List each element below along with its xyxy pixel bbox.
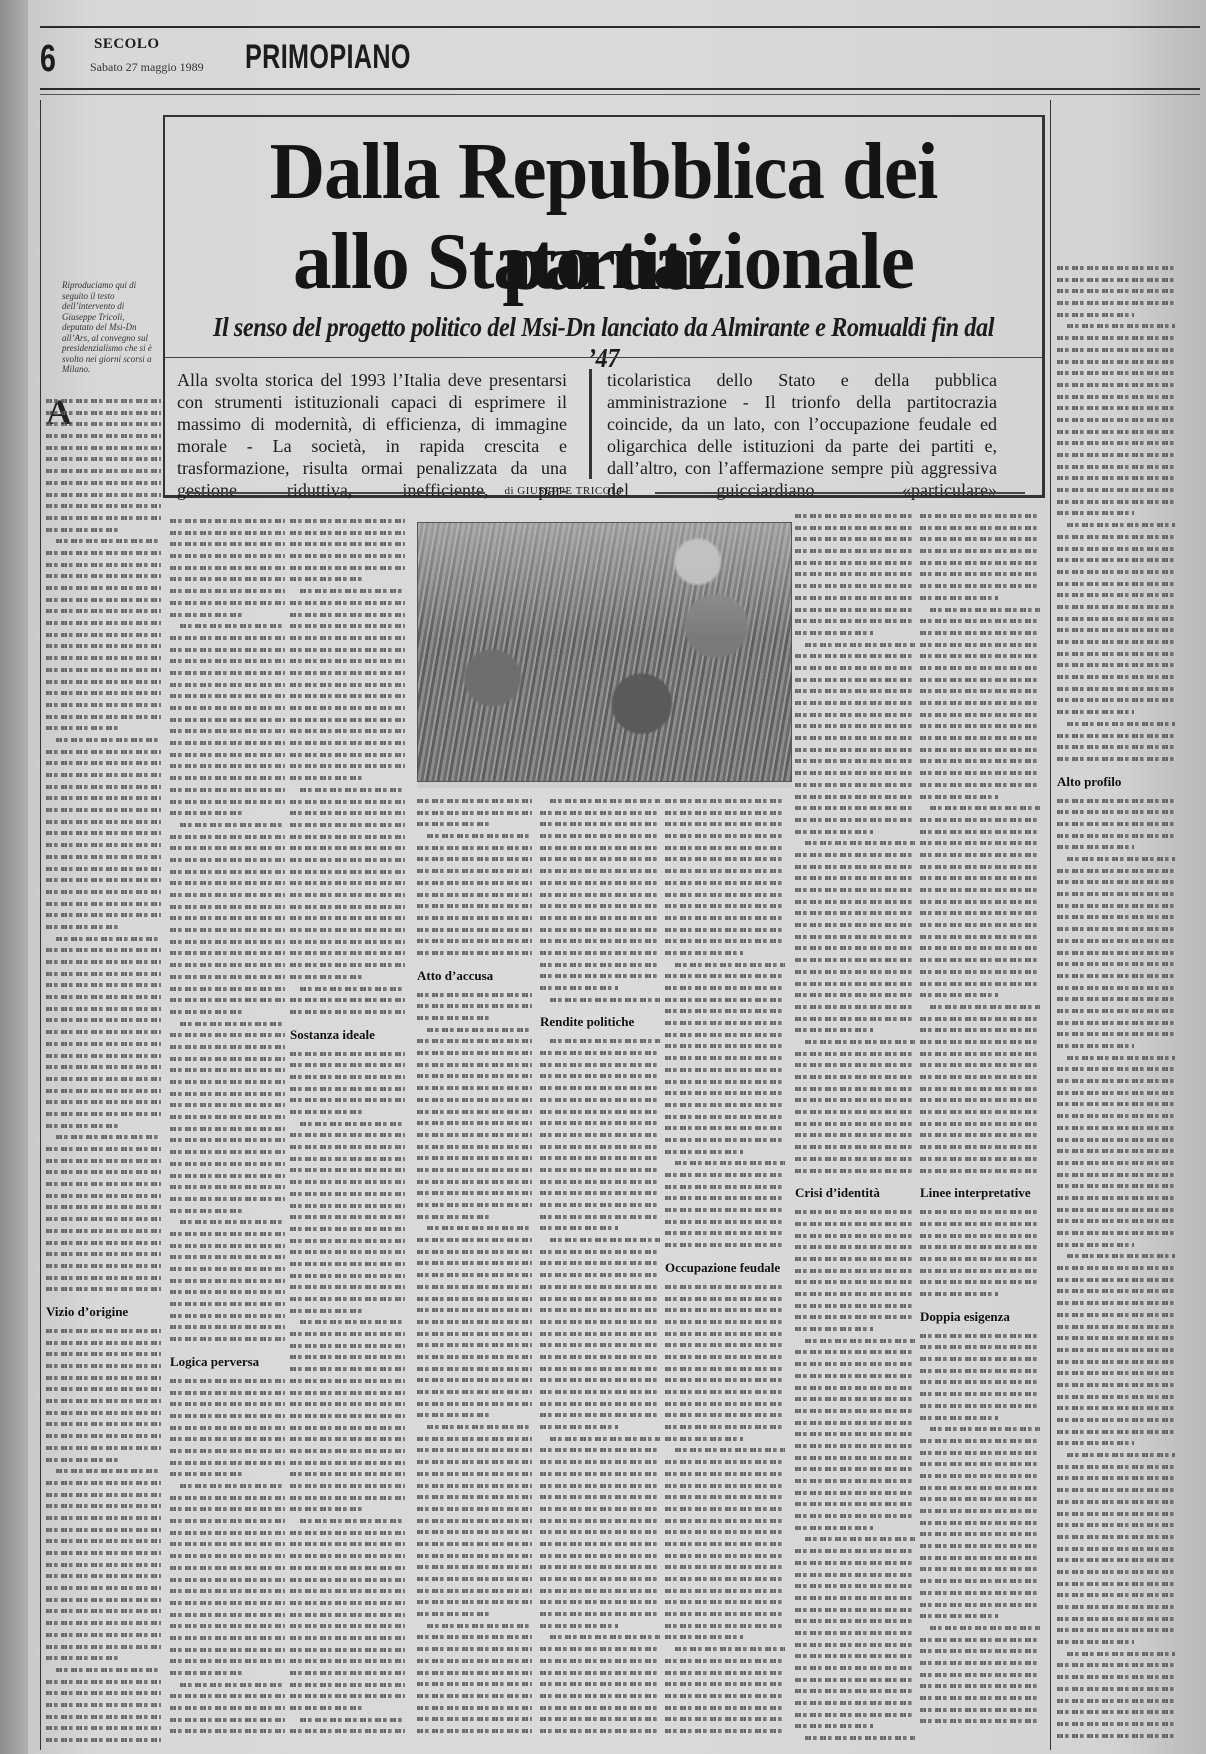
text-line: [46, 1547, 161, 1559]
text-line: [920, 1241, 1040, 1253]
text-line: [1057, 543, 1175, 555]
text-line: [795, 1106, 915, 1118]
text-line: [1057, 1496, 1175, 1508]
subhead: Vizio d’origine: [46, 1305, 161, 1319]
text-line: [290, 1574, 405, 1586]
text-column: Alto profilo: [1057, 262, 1175, 1750]
text-line: [46, 1014, 161, 1026]
text-line: [417, 1070, 532, 1082]
text-line: [46, 1131, 161, 1143]
text-line: [290, 1644, 405, 1656]
text-line: [920, 1376, 1040, 1388]
text-line: [170, 994, 285, 1006]
text-line: [46, 1143, 161, 1155]
text-line: [290, 866, 405, 878]
intro-caption: Riproduciamo qui di seguito il testo del…: [62, 280, 152, 375]
text-line: [920, 697, 1040, 709]
text-line: [1057, 935, 1175, 947]
text-line: [417, 1515, 532, 1527]
text-line: [665, 1596, 785, 1608]
text-line: [795, 697, 915, 709]
text-line: [290, 737, 405, 749]
text-line: [665, 982, 785, 994]
text-line: [46, 1026, 161, 1038]
text-line: [170, 1457, 285, 1469]
text-line: [46, 465, 161, 477]
text-line: [46, 968, 161, 980]
text-line: [665, 1608, 785, 1620]
text-line: [290, 1153, 405, 1165]
text-line: [1057, 554, 1175, 566]
text-line: [417, 1725, 532, 1737]
text-line: [540, 1374, 660, 1386]
text-line: [417, 1211, 532, 1223]
text-line: [417, 924, 532, 936]
text-line: [795, 1335, 915, 1347]
text-line: [290, 1211, 405, 1223]
text-line: [795, 1732, 915, 1744]
text-line: [46, 664, 161, 676]
text-line: [417, 1293, 532, 1305]
text-column: Sostanza ideale: [290, 515, 405, 1750]
text-line: [920, 1001, 1040, 1013]
text-line: [1057, 648, 1175, 660]
text-line: [417, 1234, 532, 1246]
text-line: [170, 1620, 285, 1632]
text-line: [290, 1270, 405, 1282]
text-line: [665, 1181, 785, 1193]
text-line: [170, 784, 285, 796]
text-line: [170, 831, 285, 843]
text-line: [170, 515, 285, 527]
text-line: [290, 1059, 405, 1071]
text-line: [665, 900, 785, 912]
text-line: [290, 1702, 405, 1714]
text-line: [795, 1265, 915, 1277]
text-line: [540, 912, 660, 924]
text-line: [665, 959, 785, 971]
text-line: [170, 959, 285, 971]
text-line: [417, 1538, 532, 1550]
text-line: [170, 1029, 285, 1041]
text-line: [795, 627, 915, 639]
text-line: [795, 1001, 915, 1013]
text-line: [665, 1398, 785, 1410]
text-line: [417, 1339, 532, 1351]
text-line: [46, 874, 161, 886]
text-line: [170, 1398, 285, 1410]
text-line: [170, 947, 285, 959]
text-line: [795, 592, 915, 604]
text-line: [920, 557, 1040, 569]
text-line: [1057, 900, 1175, 912]
text-line: [170, 1585, 285, 1597]
text-line: [290, 585, 405, 597]
text-line: [920, 1645, 1040, 1657]
text-line: [920, 545, 1040, 557]
text-line: [417, 1456, 532, 1468]
text-line: [290, 1141, 405, 1153]
text-line: [540, 1293, 660, 1305]
text-line: [290, 1679, 405, 1691]
text-line: [795, 1118, 915, 1130]
text-line: [795, 1153, 915, 1165]
text-line: [920, 1230, 1040, 1242]
text-line: [540, 947, 660, 959]
text-line: [795, 861, 915, 873]
text-line: [290, 1118, 405, 1130]
text-line: [920, 767, 1040, 779]
text-line: [46, 1248, 161, 1260]
text-line: [170, 1134, 285, 1146]
text-line: [665, 1216, 785, 1228]
text-line: [290, 901, 405, 913]
text-line: [46, 781, 161, 793]
text-line: [540, 1608, 660, 1620]
text-line: [1057, 507, 1175, 519]
text-line: [1057, 414, 1175, 426]
text-line: [290, 1188, 405, 1200]
text-line: [170, 1574, 285, 1586]
text-line: [795, 1059, 915, 1071]
text-line: [920, 1704, 1040, 1716]
text-line: [1057, 1414, 1175, 1426]
text-line: [1057, 1671, 1175, 1683]
text-line: [290, 1164, 405, 1176]
text-line: [290, 1422, 405, 1434]
text-line: [417, 1631, 532, 1643]
text-line: [665, 1146, 785, 1158]
text-line: [1057, 1554, 1175, 1566]
text-line: [46, 617, 161, 629]
text-line: [795, 1141, 915, 1153]
text-line: [540, 1643, 660, 1655]
text-line: [540, 1070, 660, 1082]
text-line: [920, 1048, 1040, 1060]
text-line: [290, 679, 405, 691]
text-line: [540, 1035, 660, 1047]
text-line: [665, 877, 785, 889]
text-line: [417, 830, 532, 842]
text-line: [540, 1596, 660, 1608]
text-line: [170, 1181, 285, 1193]
text-line: [1057, 402, 1175, 414]
text-line: [417, 1620, 532, 1632]
text-line: [46, 1178, 161, 1190]
text-line: [170, 1263, 285, 1275]
text-line: [290, 1480, 405, 1492]
masthead: SECOLO: [94, 36, 160, 53]
text-line: [170, 562, 285, 574]
text-line: [795, 1382, 915, 1394]
text-line: [795, 1440, 915, 1452]
text-line: [920, 627, 1040, 639]
text-line: [920, 1118, 1040, 1130]
text-line: [540, 877, 660, 889]
text-line: [46, 1190, 161, 1202]
text-line: [920, 1669, 1040, 1681]
text-line: [920, 1657, 1040, 1669]
text-line: [290, 1690, 405, 1702]
text-line: [290, 1223, 405, 1235]
text-line: [290, 562, 405, 574]
text-line: [46, 1272, 161, 1284]
text-line: [1057, 1426, 1175, 1438]
text-line: [46, 851, 161, 863]
text-line: [290, 1515, 405, 1527]
text-line: [540, 1702, 660, 1714]
text-line: [170, 1538, 285, 1550]
text-line: [290, 1503, 405, 1515]
text-line: [46, 746, 161, 758]
text-line: [540, 795, 660, 807]
text-line: [665, 1374, 785, 1386]
text-line: [46, 699, 161, 711]
text-line: [170, 609, 285, 621]
text-line: [417, 1094, 532, 1106]
text-line: [795, 1498, 915, 1510]
text-line: [795, 1685, 915, 1697]
text-line: [920, 907, 1040, 919]
text-line: [1057, 1543, 1175, 1555]
text-column: Occupazione feudale: [665, 795, 785, 1750]
text-line: [795, 1300, 915, 1312]
text-line: [540, 1515, 660, 1527]
text-line: [417, 1480, 532, 1492]
text-line: [417, 795, 532, 807]
text-line: [1057, 1274, 1175, 1286]
text-line: [290, 1246, 405, 1258]
text-line: [540, 1491, 660, 1503]
text-line: [46, 640, 161, 652]
text-line: [290, 725, 405, 737]
text-line: [290, 889, 405, 901]
text-line: [540, 1526, 660, 1538]
text-line: [290, 1457, 405, 1469]
text-line: [1057, 888, 1175, 900]
text-line: [290, 1492, 405, 1504]
text-line: [540, 1047, 660, 1059]
text-line: [290, 772, 405, 784]
text-line: [1057, 1730, 1175, 1742]
text-line: [1057, 1250, 1175, 1262]
text-line: [540, 1094, 660, 1106]
text-line: [290, 983, 405, 995]
text-line: [170, 1422, 285, 1434]
text-line: [46, 1237, 161, 1249]
text-line: [290, 714, 405, 726]
text-line: [290, 796, 405, 808]
text-line: [170, 1193, 285, 1205]
text-line: [290, 819, 405, 831]
text-line: [795, 1557, 915, 1569]
text-line: [170, 1550, 285, 1562]
text-line: [290, 1387, 405, 1399]
text-line: [920, 1253, 1040, 1265]
text-column: Linee interpretativeDoppia esigenza: [920, 510, 1040, 1750]
text-line: [290, 1655, 405, 1667]
text-line: [795, 779, 915, 791]
text-line: [170, 749, 285, 761]
text-line: [170, 1228, 285, 1240]
text-line: [665, 865, 785, 877]
text-line: [46, 524, 161, 536]
text-line: [540, 830, 660, 842]
text-line: [1057, 1005, 1175, 1017]
text-line: [665, 1643, 785, 1655]
text-line: [46, 1418, 161, 1430]
text-line: [665, 1620, 785, 1632]
text-line: [920, 1013, 1040, 1025]
text-line: [170, 1480, 285, 1492]
text-line: [1057, 683, 1175, 695]
text-line: [290, 690, 405, 702]
text-line: [46, 489, 161, 501]
text-line: [290, 538, 405, 550]
text-line: [46, 559, 161, 571]
text-line: [1057, 1367, 1175, 1379]
text-line: [1057, 1134, 1175, 1146]
text-line: [417, 1363, 532, 1375]
text-line: [290, 1235, 405, 1247]
text-line: [920, 533, 1040, 545]
text-line: [46, 1108, 161, 1120]
text-line: [417, 1421, 532, 1433]
text-line: [920, 814, 1040, 826]
text-line: [665, 1515, 785, 1527]
text-line: [290, 1328, 405, 1340]
text-line: [1057, 659, 1175, 671]
text-line: [920, 1528, 1040, 1540]
text-line: [290, 573, 405, 585]
text-line: [417, 935, 532, 947]
text-line: [290, 854, 405, 866]
text-line: [1057, 578, 1175, 590]
text-line: [417, 1024, 532, 1036]
text-line: [1057, 1087, 1175, 1099]
text-line: [1057, 993, 1175, 1005]
text-line: [46, 1524, 161, 1536]
text-line: [920, 1024, 1040, 1036]
text-line: [170, 655, 285, 667]
text-line: [1057, 718, 1175, 730]
text-line: [665, 1363, 785, 1375]
text-line: [46, 1500, 161, 1512]
text-line: [1057, 1052, 1175, 1064]
text-line: [170, 737, 285, 749]
text-line: [46, 1395, 161, 1407]
text-line: [1057, 1122, 1175, 1134]
text-line: [290, 877, 405, 889]
text-line: [1057, 1169, 1175, 1181]
text-line: [290, 807, 405, 819]
text-line: [795, 1674, 915, 1686]
text-line: [920, 1470, 1040, 1482]
text-line: [417, 1526, 532, 1538]
text-line: [46, 1594, 161, 1606]
text-line: [1057, 1017, 1175, 1029]
text-line: [1057, 1192, 1175, 1204]
text-line: [46, 898, 161, 910]
text-line: [920, 592, 1040, 604]
deck-rule: [165, 357, 1042, 358]
text-line: [795, 1288, 915, 1300]
text-line: [170, 1375, 285, 1387]
text-line: [920, 1083, 1040, 1095]
text-line: [46, 535, 161, 547]
text-line: [795, 1206, 915, 1218]
text-line: [665, 1227, 785, 1239]
text-line: [417, 1106, 532, 1118]
text-line: [170, 667, 285, 679]
text-line: [540, 1328, 660, 1340]
text-line: [46, 1687, 161, 1699]
text-line: [46, 1283, 161, 1295]
text-line: [795, 1697, 915, 1709]
text-line: [540, 1620, 660, 1632]
text-line: [795, 1452, 915, 1464]
text-line: [920, 849, 1040, 861]
text-line: [46, 430, 161, 442]
text-line: [170, 1515, 285, 1527]
text-line: [46, 933, 161, 945]
text-line: [665, 1631, 785, 1643]
text-line: [665, 1409, 785, 1421]
text-line: [46, 1213, 161, 1225]
text-line: [795, 1463, 915, 1475]
text-line: [665, 1157, 785, 1169]
text-line: [46, 956, 161, 968]
text-line: [1057, 1391, 1175, 1403]
text-line: [1057, 876, 1175, 888]
text-line: [1057, 1063, 1175, 1075]
text-column: Atto d’accusa: [417, 795, 532, 1750]
text-line: [417, 1269, 532, 1281]
text-line: [417, 1702, 532, 1714]
text-line: [170, 877, 285, 889]
text-line: [1057, 1285, 1175, 1297]
text-line: [46, 1407, 161, 1419]
text-line: [920, 1680, 1040, 1692]
text-line: [290, 620, 405, 632]
text-line: [170, 585, 285, 597]
text-line: [46, 1454, 161, 1466]
text-line: [290, 1398, 405, 1410]
text-line: [540, 1257, 660, 1269]
text-line: [795, 1230, 915, 1242]
text-line: [795, 896, 915, 908]
text-line: [795, 1083, 915, 1095]
text-line: [540, 1176, 660, 1188]
text-line: [920, 1505, 1040, 1517]
text-line: [540, 1199, 660, 1211]
text-line: [665, 1029, 785, 1041]
text-line: [920, 884, 1040, 896]
text-line: [170, 1333, 285, 1345]
text-line: [540, 842, 660, 854]
text-line: [540, 1269, 660, 1281]
text-line: [665, 1087, 785, 1099]
text-line: [920, 1365, 1040, 1377]
text-line: [540, 1713, 660, 1725]
subhead: Alto profilo: [1057, 775, 1175, 789]
text-line: [795, 814, 915, 826]
text-line: [170, 1632, 285, 1644]
text-line: [417, 807, 532, 819]
text-line: [1057, 1601, 1175, 1613]
text-line: [417, 1573, 532, 1585]
text-line: [417, 1141, 532, 1153]
